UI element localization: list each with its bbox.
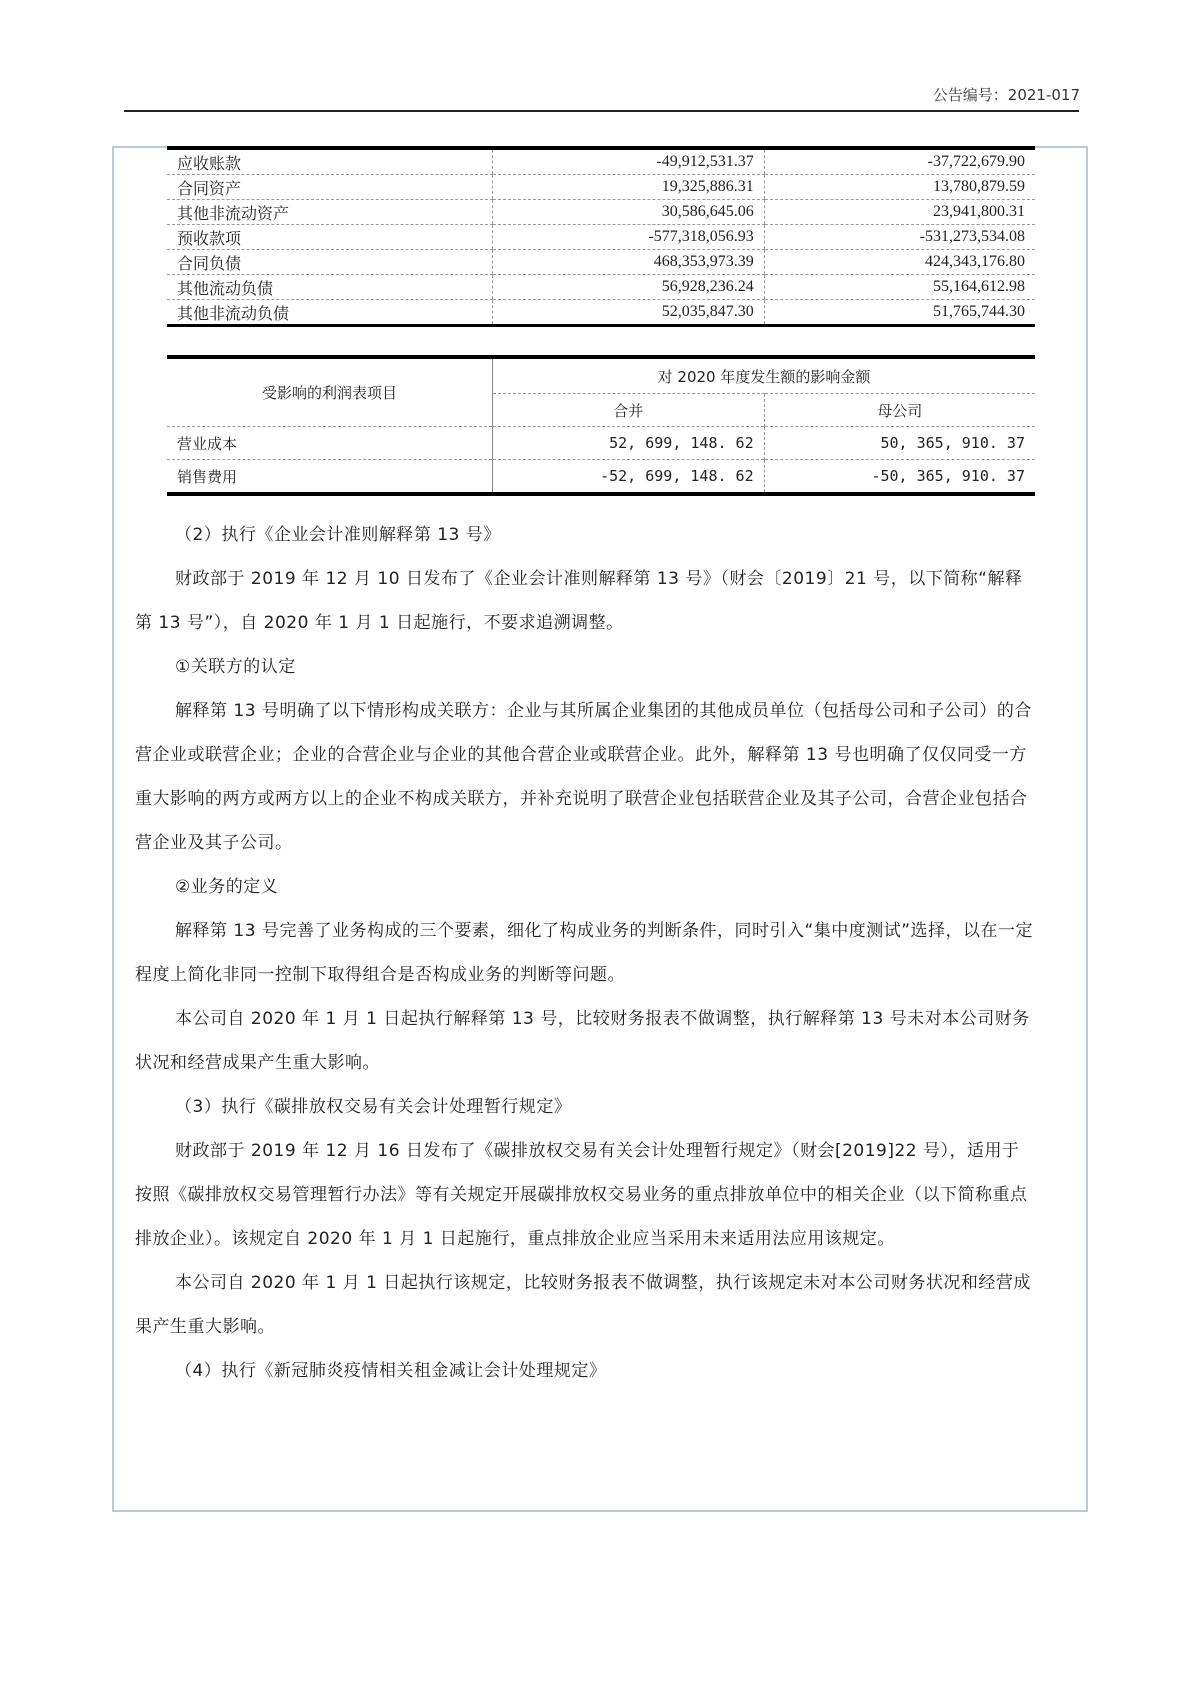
header-group: 对 2020 年度发生额的影响金额 [493, 357, 1036, 394]
table-row: 应收账款 -49,912,531.37 -37,722,679.90 [167, 148, 1035, 175]
parent-value: -37,722,679.90 [764, 148, 1035, 175]
announcement-number: 公告编号：2021-017 [933, 84, 1080, 105]
table-row: 其他流动负债 56,928,236.24 55,164,612.98 [167, 275, 1035, 300]
row-item: 其他非流动资产 [167, 200, 493, 225]
section-heading-4: （4）执行《新冠肺炎疫情相关租金减让会计处理规定》 [135, 1349, 1035, 1393]
parent-value: 23,941,800.31 [764, 200, 1035, 225]
parent-value: 50, 365, 910. 37 [764, 427, 1035, 460]
paragraph: 解释第 13 号完善了业务构成的三个要素，细化了构成业务的判断条件，同时引入“集… [135, 909, 1035, 997]
row-item: 营业成本 [167, 427, 493, 460]
table-row: 销售费用 -52, 699, 148. 62 -50, 365, 910. 37 [167, 460, 1035, 495]
paragraph: 本公司自 2020 年 1 月 1 日起执行解释第 13 号，比较财务报表不做调… [135, 997, 1035, 1085]
consolidated-value: 52, 699, 148. 62 [493, 427, 765, 460]
paragraph: 财政部于 2019 年 12 月 16 日发布了《碳排放权交易有关会计处理暂行规… [135, 1129, 1035, 1261]
table-row: 合同资产 19,325,886.31 13,780,879.59 [167, 175, 1035, 200]
table-row: 合同负债 468,353,973.39 424,343,176.80 [167, 250, 1035, 275]
header-item: 受影响的利润表项目 [167, 357, 493, 427]
parent-value: 424,343,176.80 [764, 250, 1035, 275]
paragraph: 本公司自 2020 年 1 月 1 日起执行该规定，比较财务报表不做调整，执行该… [135, 1261, 1035, 1349]
table-row: 营业成本 52, 699, 148. 62 50, 365, 910. 37 [167, 427, 1035, 460]
header-consolidated: 合并 [493, 394, 765, 427]
consolidated-value: 468,353,973.39 [493, 250, 764, 275]
subheading-business-definition: ②业务的定义 [135, 865, 1035, 909]
consolidated-value: 30,586,645.06 [493, 200, 764, 225]
consolidated-value: 56,928,236.24 [493, 275, 764, 300]
table-row: 预收款项 -577,318,056.93 -531,273,534.08 [167, 225, 1035, 250]
consolidated-value: 52,035,847.30 [493, 300, 764, 326]
parent-value: -50, 365, 910. 37 [764, 460, 1035, 495]
paragraph: 解释第 13 号明确了以下情形构成关联方：企业与其所属企业集团的其他成员单位（包… [135, 689, 1035, 865]
section-heading-2: （2）执行《企业会计准则解释第 13 号》 [135, 513, 1035, 557]
row-item: 预收款项 [167, 225, 493, 250]
header-divider [124, 110, 1079, 112]
row-item: 合同负债 [167, 250, 493, 275]
header-parent: 母公司 [764, 394, 1035, 427]
table-row: 其他非流动负债 52,035,847.30 51,765,744.30 [167, 300, 1035, 326]
row-item: 其他非流动负债 [167, 300, 493, 326]
table-row: 其他非流动资产 30,586,645.06 23,941,800.31 [167, 200, 1035, 225]
income-statement-impact-table: 受影响的利润表项目 对 2020 年度发生额的影响金额 合并 母公司 营业成本 … [167, 355, 1035, 496]
row-item: 应收账款 [167, 148, 493, 175]
section-heading-3: （3）执行《碳排放权交易有关会计处理暂行规定》 [135, 1085, 1035, 1129]
parent-value: 51,765,744.30 [764, 300, 1035, 326]
parent-value: 13,780,879.59 [764, 175, 1035, 200]
parent-value: -531,273,534.08 [764, 225, 1035, 250]
subheading-related-party: ①关联方的认定 [135, 645, 1035, 689]
balance-sheet-impact-table: 应收账款 -49,912,531.37 -37,722,679.90 合同资产 … [167, 146, 1035, 327]
body-text: （2）执行《企业会计准则解释第 13 号》 财政部于 2019 年 12 月 1… [135, 513, 1035, 1393]
row-item: 销售费用 [167, 460, 493, 495]
table-header-row: 受影响的利润表项目 对 2020 年度发生额的影响金额 [167, 357, 1035, 394]
consolidated-value: -49,912,531.37 [493, 148, 764, 175]
row-item: 其他流动负债 [167, 275, 493, 300]
row-item: 合同资产 [167, 175, 493, 200]
parent-value: 55,164,612.98 [764, 275, 1035, 300]
paragraph: 财政部于 2019 年 12 月 10 日发布了《企业会计准则解释第 13 号》… [135, 557, 1035, 645]
consolidated-value: -52, 699, 148. 62 [493, 460, 765, 495]
consolidated-value: 19,325,886.31 [493, 175, 764, 200]
consolidated-value: -577,318,056.93 [493, 225, 764, 250]
